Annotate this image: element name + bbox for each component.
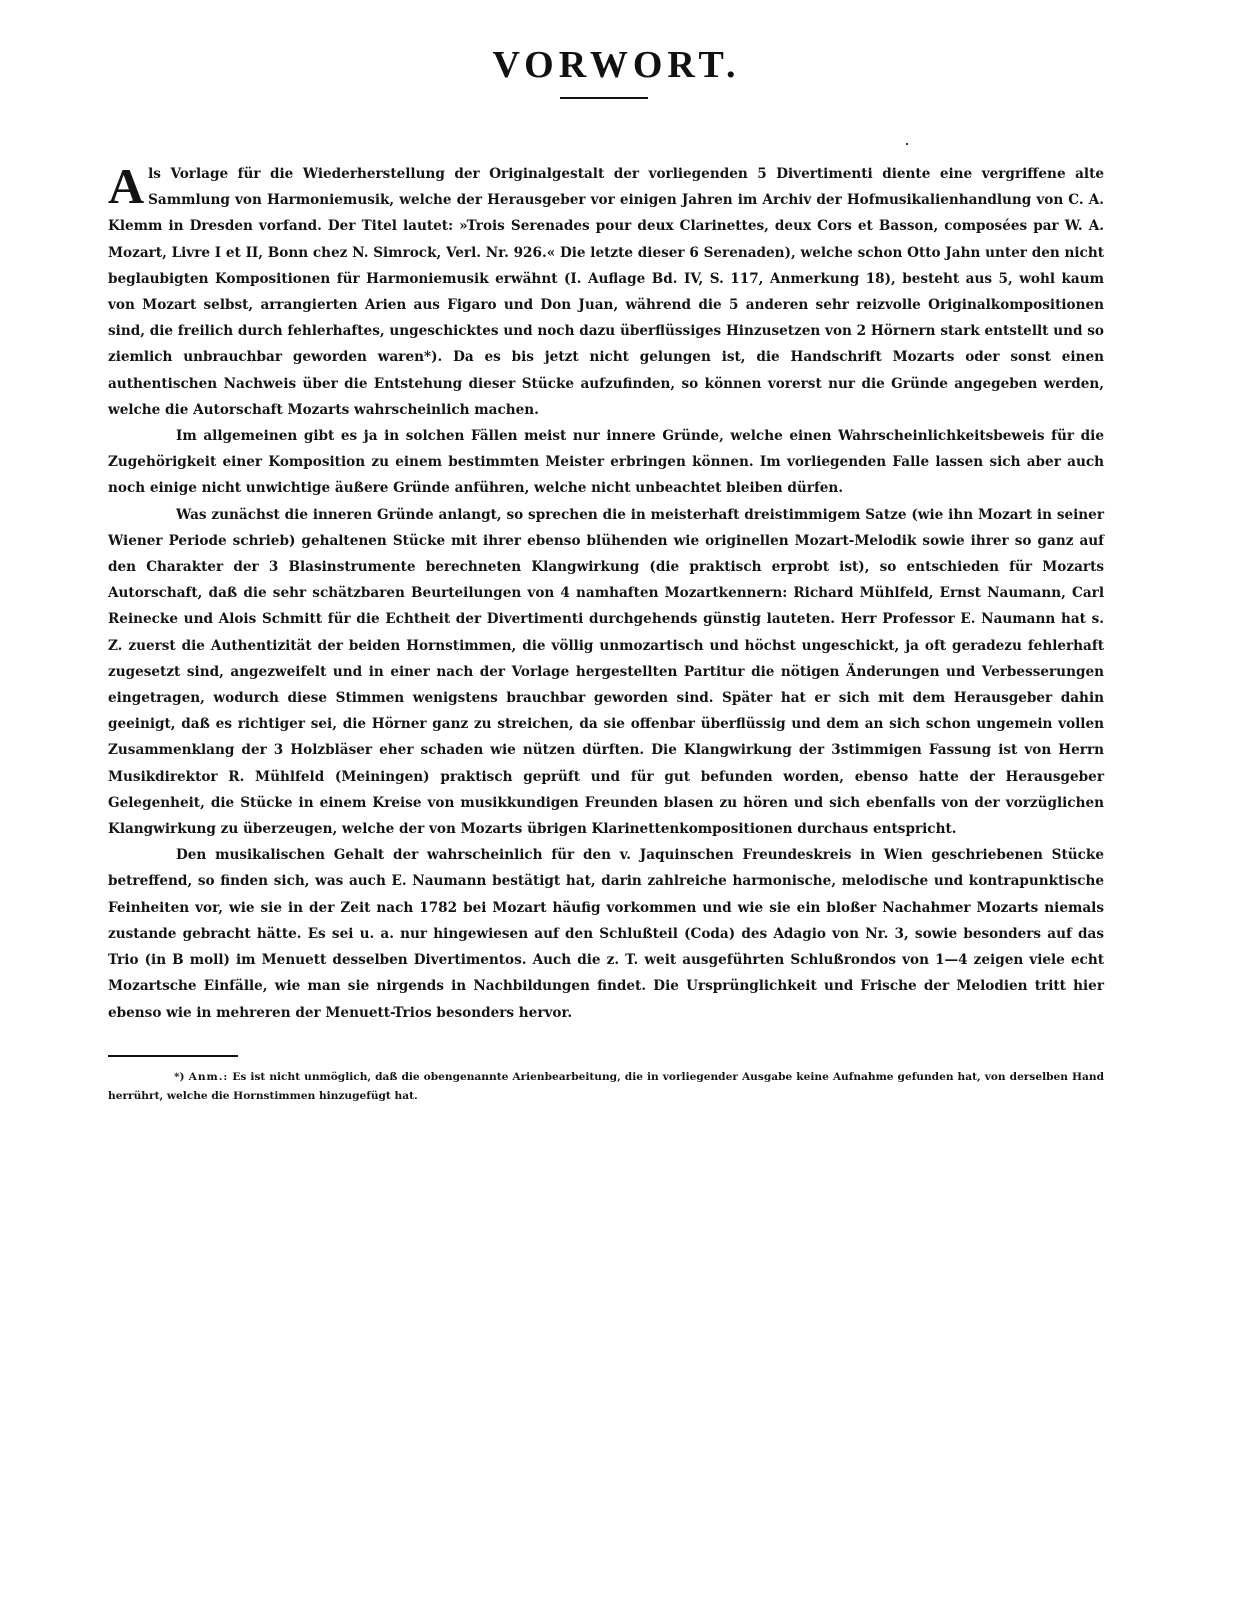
paragraph-4: Den musikalischen Gehalt der wahrscheinl… xyxy=(108,842,1104,1025)
paragraph-2: Im allgemeinen gibt es ja in solchen Fäl… xyxy=(108,423,1104,502)
title-divider xyxy=(560,97,648,99)
print-speck xyxy=(906,143,908,145)
paragraph-1-text: ls Vorlage für die Wiederherstellung der… xyxy=(108,166,1104,418)
preface-body: Als Vorlage für die Wiederherstellung de… xyxy=(108,161,1104,1026)
paragraph-1: Als Vorlage für die Wiederherstellung de… xyxy=(108,161,1104,423)
footnote-marker: *) xyxy=(174,1071,185,1083)
drop-cap: A xyxy=(108,164,144,208)
footnote-paragraph: *) Anm.: Es ist nicht unmöglich, daß die… xyxy=(108,1068,1104,1106)
paragraph-3: Was zunächst die inneren Gründe anlangt,… xyxy=(108,502,1104,843)
footnote: *) Anm.: Es ist nicht unmöglich, daß die… xyxy=(108,1068,1104,1106)
page-title: VORWORT. xyxy=(0,43,1233,87)
footnote-text: Es ist nicht unmöglich, daß die obengena… xyxy=(108,1071,1104,1102)
footnote-label: Anm.: xyxy=(189,1071,229,1083)
footnote-divider xyxy=(108,1055,238,1057)
